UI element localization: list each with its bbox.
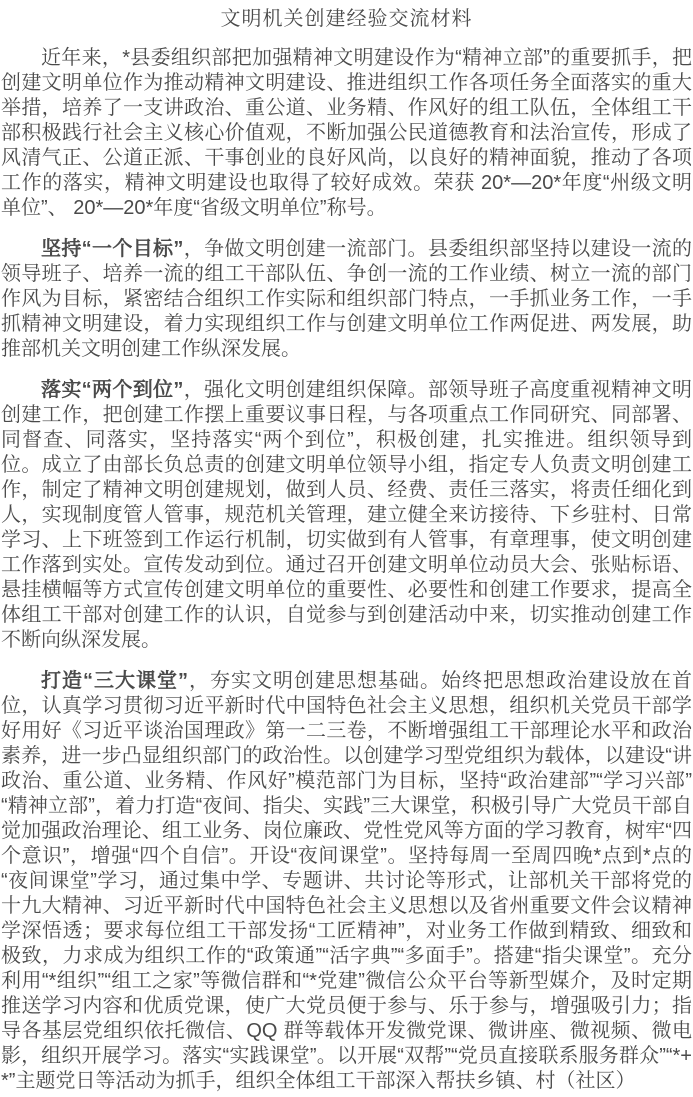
- document-body: 近年来，*县委组织部把加强精神文明建设作为“精神立部”的重要抓手，把创建文明单位…: [1, 46, 692, 1094]
- paragraph: 坚持“一个目标”，争做文明创建一流部门。县委组织部坚持以建设一流的领导班子、培养…: [1, 237, 692, 362]
- paragraph: 近年来，*县委组织部把加强精神文明建设作为“精神立部”的重要抓手，把创建文明单位…: [1, 46, 692, 221]
- document-page: 文明机关创建经验交流材料 近年来，*县委组织部把加强精神文明建设作为“精神立部”…: [0, 0, 693, 1097]
- paragraph-lead: 落实“两个到位”: [41, 379, 183, 401]
- paragraph-text: ，强化文明创建组织保障。部领导班子高度重视精神文明创建工作，把创建工作摆上重要议…: [1, 379, 692, 651]
- paragraph: 打造“三大课堂”，夯实文明创建思想基础。始终把思想政治建设放在首位，认真学习贯彻…: [1, 669, 692, 1094]
- paragraph: 落实“两个到位”，强化文明创建组织保障。部领导班子高度重视精神文明创建工作，把创…: [1, 378, 692, 653]
- paragraph-text: 近年来，*县委组织部把加强精神文明建设作为“精神立部”的重要抓手，把创建文明单位…: [1, 47, 692, 219]
- paragraph-lead: 打造“三大课堂”: [41, 670, 188, 692]
- document-title: 文明机关创建经验交流材料: [1, 7, 692, 32]
- paragraph-text: ，夯实文明创建思想基础。始终把思想政治建设放在首位，认真学习贯彻习近平新时代中国…: [1, 670, 692, 1092]
- paragraph-lead: 坚持“一个目标”: [41, 238, 183, 260]
